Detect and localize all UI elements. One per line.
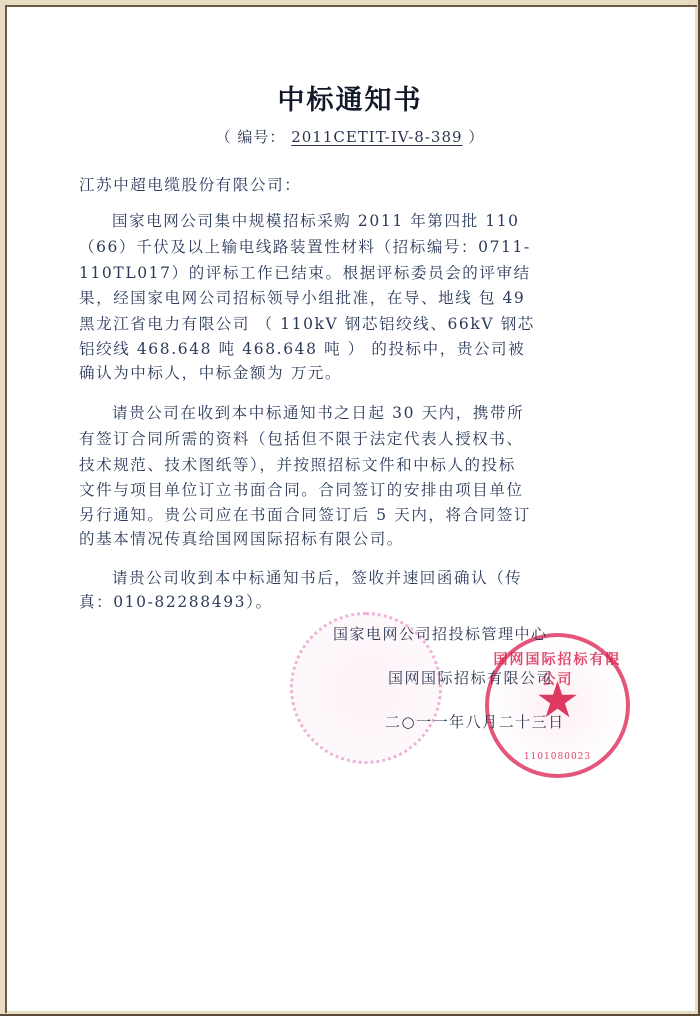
paragraph1-line: 国家电网公司集中规模招标采购 2011 年第四批 110 [112, 209, 520, 231]
paragraph1-line: 确认为中标人，中标金额为 万元。 [79, 361, 342, 383]
paragraph1-line: 黑龙江省电力有限公司 （ 110kV 钢芯铝绞线、66kV 钢芯 [79, 312, 535, 334]
paragraph1-line: （66）千伏及以上输电线路装置性材料（招标编号：0711- [79, 235, 531, 257]
seal-stamp-right: 国网国际招标有限公司 ★ 1101080023 [485, 633, 630, 778]
paragraph2-line: 有签订合同所需的资料（包括但不限于法定代表人授权书、 [79, 427, 524, 449]
document-number-prefix: （ 编号： [216, 128, 286, 146]
paragraph1-line: 铝绞线 468.648 吨 468.648 吨 ） 的投标中，贵公司被 [79, 337, 525, 359]
issue-date: 二○一一年八月二十三日 [385, 711, 565, 732]
issuer-1: 国家电网公司招投标管理中心 [333, 623, 548, 644]
paragraph3-line: 请贵公司收到本中标通知书后，签收并速回函确认（传 [112, 566, 522, 588]
document-title: 中标通知书 [0, 78, 700, 117]
document-number-value: 2011CETIT-IV-8-389 [291, 128, 462, 146]
document-number-suffix: ） [468, 128, 484, 146]
paragraph1-line: 果，经国家电网公司招标领导小组批准，在导、地线 包 49 [79, 286, 525, 308]
paragraph2-line: 请贵公司在收到本中标通知书之日起 30 天内，携带所 [112, 401, 524, 423]
paragraph3-line: 真：010-82288493）。 [79, 590, 273, 612]
paragraph2-line: 文件与项目单位订立书面合同。合同签订的安排由项目单位 [79, 478, 524, 500]
paragraph2-line: 另行通知。贵公司应在书面合同签订后 5 天内，将合同签订 [79, 503, 531, 525]
paragraph2-line: 的基本情况传真给国网国际招标有限公司。 [79, 527, 404, 549]
document-number: （ 编号： 2011CETIT-IV-8-389 ） [0, 126, 700, 147]
issuer-2: 国网国际招标有限公司 [388, 667, 553, 688]
paragraph2-line: 技术规范、技术图纸等），并按照招标文件和中标人的投标 [79, 453, 516, 475]
addressee: 江苏中超电缆股份有限公司： [79, 173, 301, 195]
paragraph1-line: 110TL017）的评标工作已结束。根据评标委员会的评审结 [79, 261, 531, 283]
seal-code: 1101080023 [489, 752, 626, 762]
